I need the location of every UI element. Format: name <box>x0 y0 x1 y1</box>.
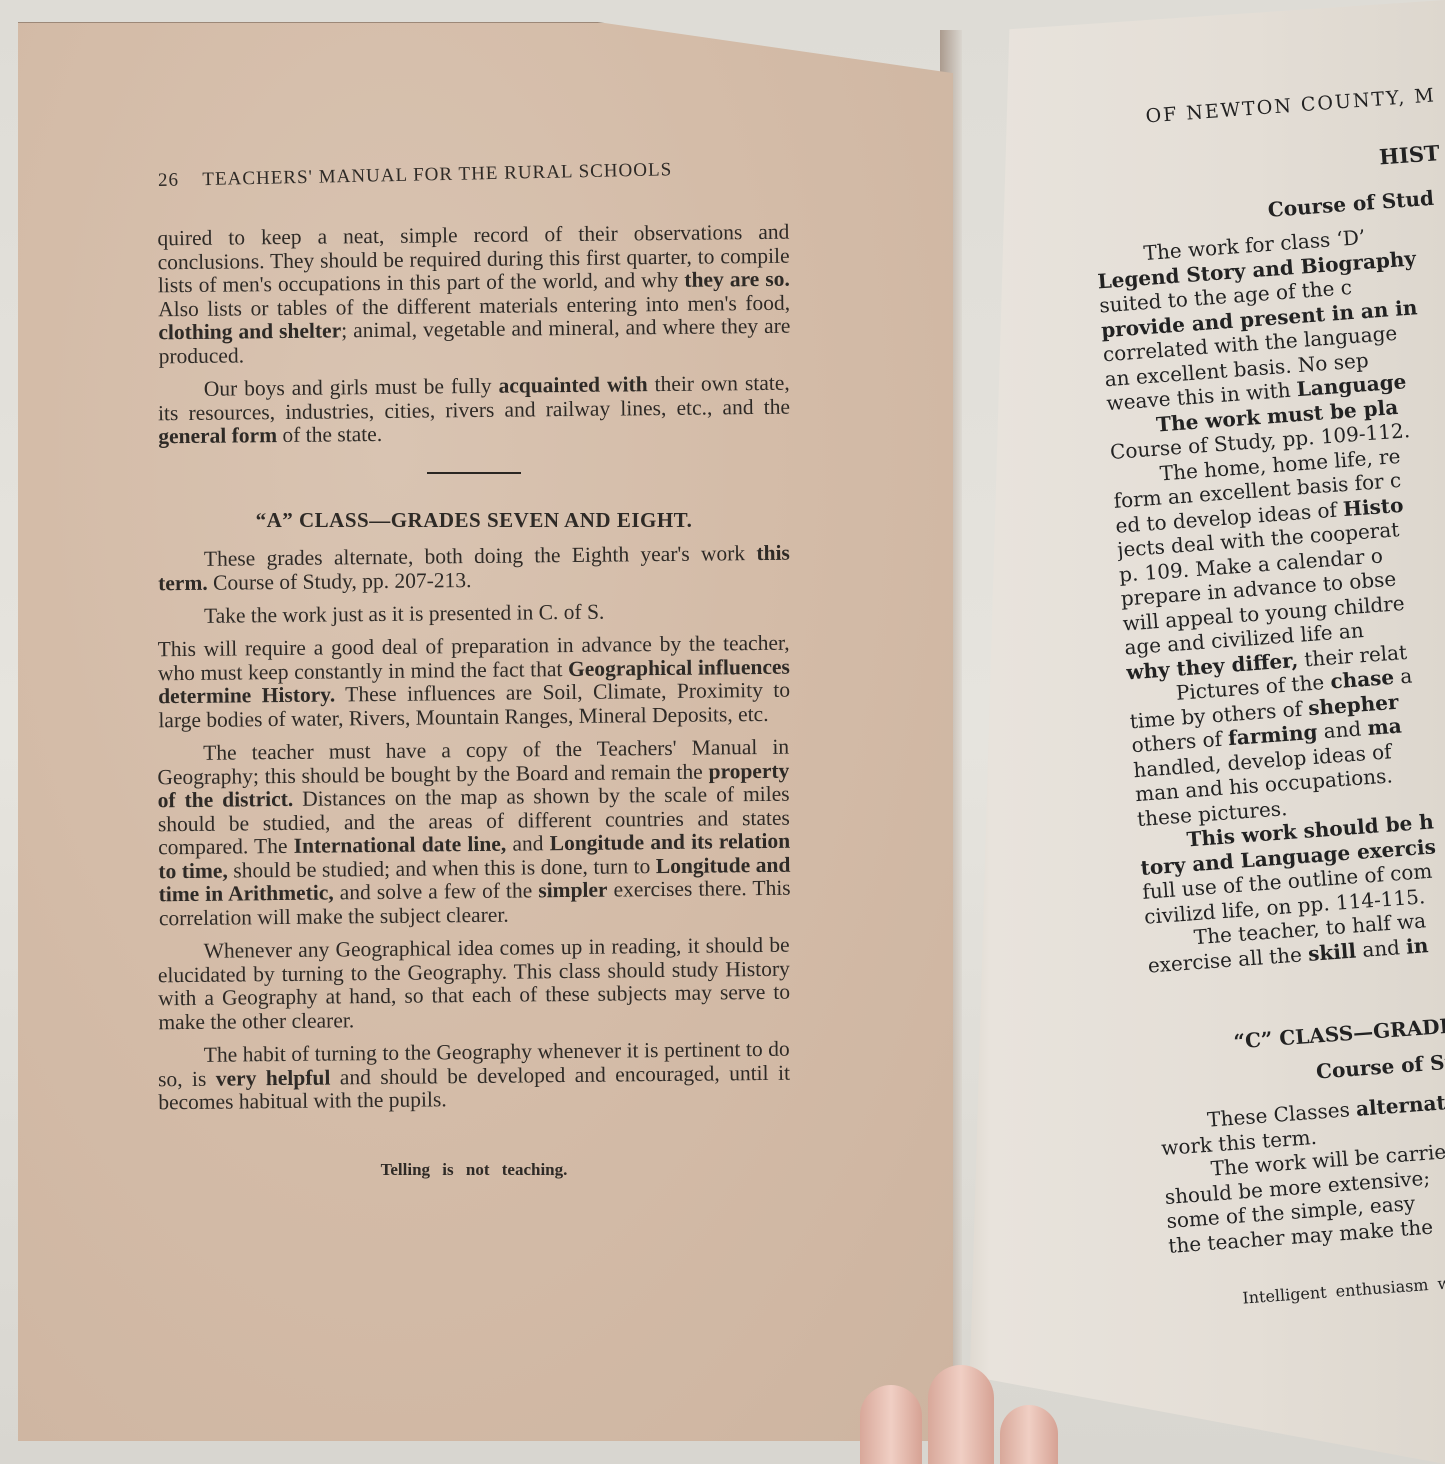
finger <box>860 1385 922 1464</box>
hand-fingers <box>820 1355 1080 1464</box>
bold-text: ma <box>1367 714 1403 740</box>
left-page-content: 26 TEACHERS' MANUAL FOR THE RURAL SCHOOL… <box>158 170 790 1180</box>
page-title: HIST <box>1378 135 1445 169</box>
bold-text: simpler <box>538 878 608 903</box>
finger <box>928 1365 994 1464</box>
body-lines: The work for class ‘D’Legend Story and B… <box>1095 214 1445 978</box>
text: and <box>1316 716 1368 744</box>
paragraph: quired to keep a neat, simple record of … <box>157 221 790 369</box>
page-subtitle: Course of Stud <box>1267 180 1445 222</box>
text: and <box>506 831 550 855</box>
text: The teacher must have a copy of the Teac… <box>157 735 789 789</box>
paragraph: Whenever any Geographical idea comes up … <box>158 934 791 1035</box>
bold-text: clothing and shelter <box>158 318 341 344</box>
text: These grades alternate, both doing the E… <box>204 541 757 571</box>
paragraph: The teacher must have a copy of the Teac… <box>157 736 791 931</box>
section-title: “C” CLASS—GRADES <box>1233 1005 1445 1054</box>
finger <box>1000 1405 1058 1464</box>
text: a <box>1393 664 1413 689</box>
text: and solve a few of the <box>334 878 539 904</box>
text: Course of Study, pp. 207-213. <box>208 567 472 594</box>
intro-paragraphs: quired to keep a neat, simple record of … <box>158 224 790 446</box>
bold-text: acquainted with <box>498 372 647 398</box>
bold-text: skill <box>1307 938 1357 965</box>
bold-text: International date line, <box>294 832 507 858</box>
bold-text: they are so. <box>684 267 790 292</box>
section-subtitle: Course of Stu <box>1315 1041 1445 1084</box>
paragraph: Take the work just as it is presented in… <box>158 598 790 628</box>
text: Whenever any Geographical idea comes up … <box>158 933 790 1034</box>
bold-text: very helpful <box>216 1065 331 1090</box>
section-lines: These Classes alternatework this term.Th… <box>1159 1081 1445 1258</box>
text: and <box>1355 934 1407 962</box>
bold-text: general form <box>158 423 277 448</box>
section-divider <box>427 472 521 474</box>
page-number: 26 <box>158 170 179 191</box>
paragraph: The habit of turning to the Geography wh… <box>158 1038 791 1115</box>
section-paragraphs: These grades alternate, both doing the E… <box>158 545 790 1112</box>
paragraph: These grades alternate, both doing the E… <box>158 541 790 595</box>
paragraph: This will require a good deal of prepara… <box>158 632 791 733</box>
section-title: “A” CLASS—GRADES SEVEN AND EIGHT. <box>158 508 790 533</box>
footer-motto: Telling is not teaching. <box>158 1160 790 1180</box>
text: of the state. <box>277 422 382 447</box>
paragraph: Our boys and girls must be fully acquain… <box>158 372 791 449</box>
text: Take the work just as it is presented in… <box>204 599 605 627</box>
bold-text: in <box>1405 933 1429 959</box>
